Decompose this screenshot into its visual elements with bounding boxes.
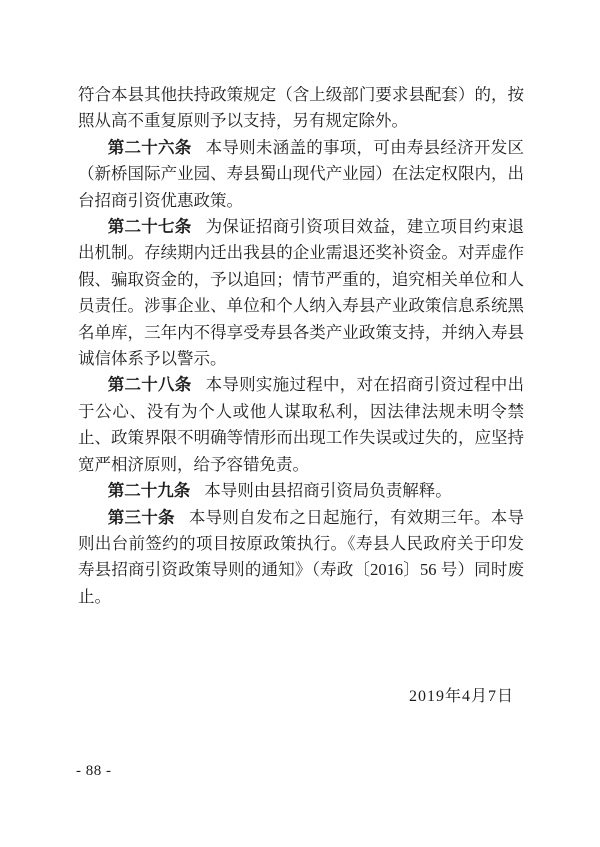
paragraph-article-27: 第二十七条为保证招商引资项目效益，建立项目约束退出机制。存续期内迁出我县的企业需… — [78, 214, 524, 372]
paragraph-article-30: 第三十条本导则自发布之日起施行，有效期三年。本导则出台前签约的项目按原政策执行。… — [78, 505, 524, 611]
article-number: 第二十九条 — [108, 481, 191, 500]
article-number: 第二十七条 — [108, 217, 192, 236]
article-number: 第三十条 — [108, 508, 175, 527]
paragraph-continuation: 符合本县其他扶持政策规定（含上级部门要求县配套）的，按照从高不重复原则予以支持，… — [78, 82, 524, 135]
article-number: 第二十六条 — [108, 138, 192, 157]
document-page: 符合本县其他扶持政策规定（含上级部门要求县配套）的，按照从高不重复原则予以支持，… — [0, 0, 600, 847]
document-body: 符合本县其他扶持政策规定（含上级部门要求县配套）的，按照从高不重复原则予以支持，… — [78, 82, 524, 708]
page-number: - 88 - — [76, 762, 112, 780]
document-date: 2019年4月7日 — [78, 686, 524, 708]
paragraph-article-29: 第二十九条本导则由县招商引资局负责解释。 — [78, 478, 524, 504]
article-number: 第二十八条 — [108, 375, 192, 394]
paragraph-article-26: 第二十六条本导则未涵盖的事项，可由寿县经济开发区（新桥国际产业园、寿县蜀山现代产… — [78, 135, 524, 214]
paragraph-text: 符合本县其他扶持政策规定（含上级部门要求县配套）的，按照从高不重复原则予以支持，… — [78, 85, 524, 130]
paragraph-text: 本导则由县招商引资局负责解释。 — [204, 481, 452, 500]
paragraph-article-28: 第二十八条本导则实施过程中，对在招商引资过程中出于公心、没有为个人或他人谋取私利… — [78, 372, 524, 478]
paragraph-text: 为保证招商引资项目效益，建立项目约束退出机制。存续期内迁出我县的企业需退还奖补资… — [78, 217, 524, 368]
